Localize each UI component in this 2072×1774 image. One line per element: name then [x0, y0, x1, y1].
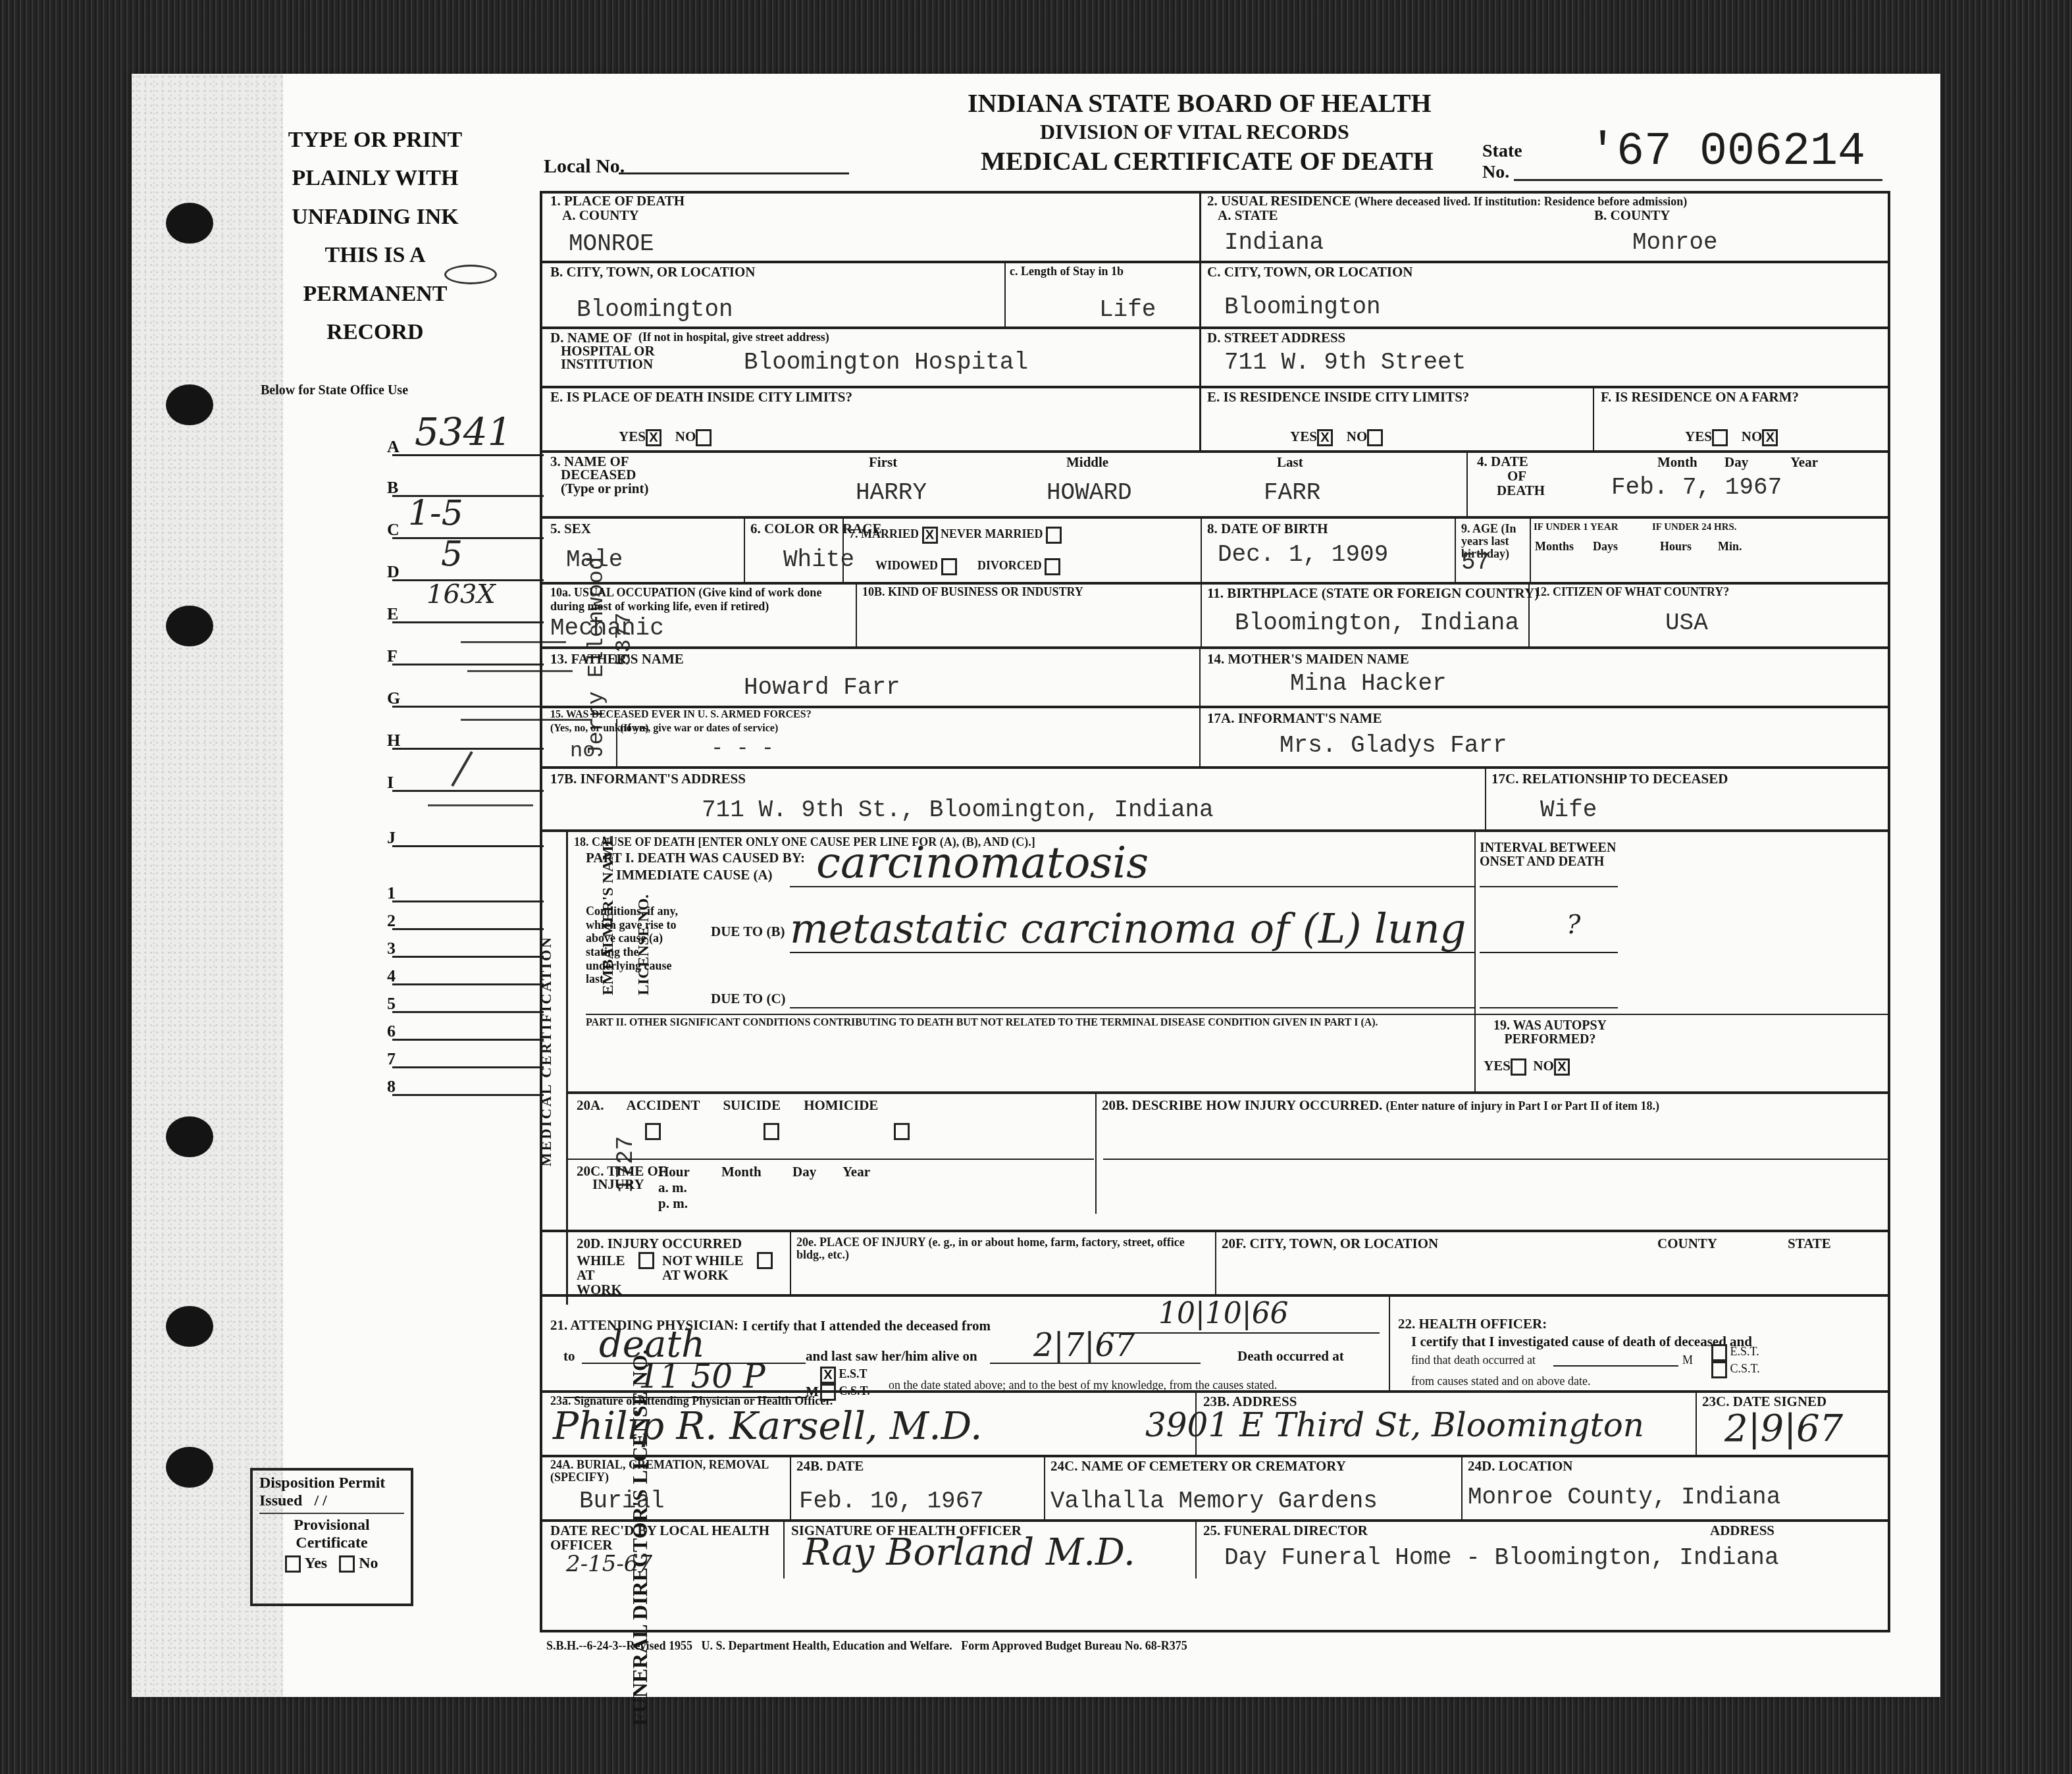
agency-title: INDIANA STATE BOARD OF HEALTH	[968, 90, 1432, 117]
residence-inside-city-options: YESX NO	[1290, 429, 1383, 446]
divorced-checkbox[interactable]	[1045, 558, 1060, 575]
code-line	[392, 845, 544, 847]
not-while-at-work-checkbox[interactable]	[757, 1252, 773, 1269]
cemetery-location[interactable]: Monroe County, Indiana	[1468, 1484, 1780, 1511]
health-officer-label: 22. HEALTH OFFICER:	[1398, 1317, 1547, 1331]
first-name[interactable]: HARRY	[856, 479, 927, 506]
residence-inside-city-label: e. IS RESIDENCE INSIDE CITY LIMITS?	[1207, 390, 1469, 404]
certificate-label: Certificate	[259, 1534, 404, 1552]
describe-note: (Enter nature of injury in Part I or Par…	[1386, 1099, 1659, 1112]
dod-label-3: DEATH	[1497, 483, 1545, 498]
describe-label: 20b. DESCRIBE HOW INJURY OCCURRED.	[1102, 1097, 1382, 1113]
death-city[interactable]: Bloomington	[577, 296, 733, 323]
ho-m-label: M	[1682, 1353, 1693, 1367]
ho-cst-label: C.S.T.	[1730, 1362, 1760, 1375]
divider	[790, 1231, 791, 1294]
divider	[1480, 952, 1618, 953]
industry-label: 10b. KIND OF BUSINESS OR INDUSTRY	[862, 586, 1083, 598]
residence-state[interactable]: Indiana	[1224, 229, 1324, 256]
ho-est-checkbox[interactable]	[1711, 1344, 1727, 1361]
provisional-label: Provisional	[259, 1517, 404, 1534]
first-label: First	[869, 454, 897, 471]
divider	[1215, 1231, 1216, 1294]
form-footer: S.B.H.--6-24-3--Revised 1955 U. S. Depar…	[546, 1639, 1187, 1653]
dod-label: 4. DATE	[1477, 454, 1528, 469]
state-no-label: State	[1482, 141, 1522, 162]
cause-a[interactable]: carcinomatosis	[816, 837, 1149, 888]
cause-c-line	[790, 1007, 1474, 1008]
ho-cst-checkbox[interactable]	[1711, 1361, 1727, 1378]
union-label-icon	[444, 265, 497, 284]
physician-certify-text: I certify that I attended the deceased f…	[742, 1318, 991, 1334]
length-of-stay[interactable]: Life	[1099, 296, 1156, 323]
disposition-issued-row: Issued / /	[259, 1492, 404, 1510]
code-value-slash	[451, 751, 473, 787]
physician-signature[interactable]: Philip R. Karsell, M.D.	[553, 1403, 983, 1448]
divider	[541, 386, 1889, 388]
pm-label: p. m.	[658, 1195, 688, 1212]
divider	[1103, 1159, 1889, 1160]
instruction-line: UNFADING INK	[263, 198, 487, 236]
funeral-director-label: 25. FUNERAL DIRECTOR	[1203, 1523, 1368, 1538]
divider	[1389, 1295, 1390, 1390]
divider	[541, 582, 1889, 585]
accident-checkbox-wrap	[645, 1123, 661, 1140]
widowed-checkbox[interactable]	[941, 558, 957, 575]
hours-label: Hours	[1660, 540, 1692, 554]
interval-label: INTERVAL BETWEEN ONSET AND DEATH	[1480, 841, 1624, 869]
street-label: d. STREET ADDRESS	[1207, 330, 1345, 345]
state-no-line	[1514, 179, 1882, 181]
issued-value[interactable]: / /	[314, 1492, 326, 1509]
part1-label: PART I. DEATH WAS CAUSED BY:	[586, 850, 805, 865]
residence-state-label: a. STATE	[1218, 208, 1278, 222]
divider	[541, 1455, 1889, 1457]
attended-from[interactable]: 10|10|66	[1158, 1297, 1289, 1330]
injury-state-label: STATE	[1788, 1236, 1831, 1251]
divider	[567, 1091, 1889, 1094]
farm-options: YES NOX	[1685, 429, 1778, 446]
armed-forces-label: 15. WAS DECEASED EVER IN U. S. ARMED FOR…	[550, 710, 812, 721]
under-1yr-label: IF UNDER 1 YEAR	[1534, 523, 1618, 533]
residence-city-label: c. CITY, TOWN, OR LOCATION	[1207, 265, 1413, 279]
medical-certification-label: MEDICAL CERTIFICATION	[538, 935, 554, 1166]
hospital-label-3: INSTITUTION	[561, 357, 653, 371]
part2-label: PART II. OTHER SIGNIFICANT CONDITIONS CO…	[586, 1018, 1378, 1029]
hospital-name[interactable]: Bloomington Hospital	[744, 349, 1028, 376]
autopsy-no-checkbox[interactable]: X	[1554, 1058, 1570, 1076]
father-name[interactable]: Howard Farr	[744, 674, 900, 701]
health-officer-line3: from causes stated and on above date.	[1411, 1374, 1590, 1388]
divider	[790, 1456, 791, 1519]
punch-hole	[166, 1116, 213, 1157]
funeral-address-label: ADDRESS	[1710, 1523, 1774, 1538]
months-label: Months	[1535, 540, 1574, 554]
code-line	[392, 664, 544, 665]
injury-city-label: 20f. CITY, TOWN, OR LOCATION	[1222, 1236, 1438, 1251]
relationship-label: 17c. RELATIONSHIP TO DECEASED	[1491, 771, 1728, 786]
birthplace-label: 11. BIRTHPLACE (State or foreign country…	[1207, 586, 1539, 600]
autopsy-label: 19. WAS AUTOPSYPERFORMED?	[1481, 1019, 1619, 1047]
provisional-yes-checkbox[interactable]	[285, 1555, 301, 1573]
divider	[1195, 1521, 1197, 1578]
divider	[1461, 1456, 1463, 1519]
homicide-label: HOMICIDE	[804, 1097, 878, 1113]
code-line	[392, 537, 544, 539]
farm-no-checkbox[interactable]: X	[1762, 429, 1778, 446]
name-label-3: (Type or print)	[561, 481, 648, 497]
while-at-work-checkbox[interactable]	[638, 1252, 654, 1269]
married-checkbox[interactable]: X	[922, 527, 938, 544]
divider	[1696, 1392, 1697, 1455]
cemetery[interactable]: Valhalla Memory Gardens	[1050, 1488, 1378, 1515]
divider	[541, 1390, 1889, 1393]
hour-label: Hour	[658, 1164, 690, 1180]
death-occurred-text: Death occurred at	[1237, 1348, 1344, 1365]
while-at-work-label: WHILE AT WORK	[577, 1253, 642, 1297]
stay-label: c. Length of Stay in 1b	[1010, 265, 1124, 278]
time-injury-label-2: INJURY	[592, 1177, 644, 1191]
code-line	[392, 790, 544, 792]
inside-city-no-checkbox[interactable]	[696, 429, 712, 446]
code-line	[392, 454, 544, 456]
residence-inside-no-checkbox[interactable]	[1367, 429, 1383, 446]
date-signed[interactable]: 2|9|67	[1724, 1407, 1843, 1450]
no-label: NO	[1742, 429, 1763, 444]
physician-address[interactable]: 3901 E Third St, Bloomington	[1145, 1406, 1644, 1444]
divider	[1201, 517, 1202, 646]
armed-dates[interactable]: - - -	[711, 736, 774, 760]
homicide-checkbox-wrap	[894, 1123, 910, 1140]
disposition-permit-box: Disposition Permit Issued / / Provisiona…	[250, 1468, 413, 1606]
injury-county-label: COUNTY	[1657, 1236, 1717, 1251]
sex-label: 5. SEX	[550, 521, 591, 536]
county-label: a. COUNTY	[562, 208, 639, 222]
hospital-note: (If not in hospital, give street address…	[638, 330, 829, 344]
divider	[586, 1014, 1889, 1015]
last-saw-date[interactable]: 2|7|67	[1033, 1327, 1135, 1364]
divider	[566, 831, 568, 1305]
local-no-label: Local No.	[544, 155, 625, 178]
middle-label: Middle	[1066, 454, 1108, 471]
accident-checkbox[interactable]	[645, 1123, 661, 1140]
divider	[1485, 768, 1486, 829]
divider	[1199, 648, 1201, 766]
yes-label: YES	[1484, 1058, 1511, 1074]
no-label: NO	[1347, 429, 1368, 444]
residence-note: (Where deceased lived. If institution: R…	[1355, 195, 1687, 208]
mother-label: 14. MOTHER'S MAIDEN NAME	[1207, 652, 1409, 666]
location-label: 24d. LOCATION	[1468, 1459, 1572, 1473]
informant-address[interactable]: 711 W. 9th St., Bloomington, Indiana	[702, 796, 1214, 823]
disposition-date-label: 24b. DATE	[796, 1459, 864, 1473]
autopsy-options: YES NOX	[1484, 1058, 1570, 1076]
tmonth-label: Month	[721, 1164, 762, 1180]
citizen-label: 12. CITIZEN OF WHAT COUNTRY?	[1535, 586, 1729, 598]
marital-row-1: 7. MARRIED X NEVER MARRIED	[849, 527, 1062, 544]
last-name[interactable]: FARR	[1264, 479, 1320, 506]
local-no-field[interactable]	[619, 172, 849, 174]
yes-label: Yes	[305, 1555, 328, 1572]
death-county[interactable]: MONROE	[569, 230, 654, 257]
residence-street[interactable]: 711 W. 9th Street	[1224, 349, 1466, 376]
tday-label: Day	[792, 1164, 816, 1180]
describe-label-row: 20b. DESCRIBE HOW INJURY OCCURRED. (Ente…	[1102, 1098, 1659, 1112]
informant-address-label: 17b. INFORMANT'S ADDRESS	[550, 771, 746, 786]
date-of-death[interactable]: Feb. 7, 1967	[1611, 474, 1782, 501]
code-line	[392, 706, 544, 708]
homicide-checkbox[interactable]	[894, 1123, 910, 1140]
issued-label: Issued	[259, 1492, 302, 1509]
ho-tz-options: E.S.T. C.S.T.	[1711, 1344, 1760, 1378]
instruction-line: TYPE OR PRINT	[263, 121, 487, 159]
divider	[1004, 262, 1006, 326]
residence-inside-yes-checkbox[interactable]: X	[1317, 429, 1333, 446]
occupation[interactable]: Mechanic	[550, 615, 664, 642]
code-line	[392, 748, 544, 750]
due-b-label: DUE TO (b)	[711, 924, 785, 939]
race[interactable]: White	[783, 546, 854, 573]
ho-time-line	[1553, 1365, 1678, 1367]
code-line	[392, 1039, 544, 1041]
married-label: 7. MARRIED	[849, 527, 919, 540]
place-of-death-label: 1. PLACE OF DEATH	[550, 194, 685, 208]
farm-yes-checkbox[interactable]	[1712, 429, 1728, 446]
interval-b[interactable]: ?	[1567, 910, 1580, 940]
code-line	[392, 1094, 544, 1096]
date-signed-label: 23c. DATE SIGNED	[1702, 1394, 1826, 1409]
days-label: Days	[1593, 540, 1618, 554]
age[interactable]: 57	[1461, 549, 1489, 576]
armed-forces[interactable]: no	[570, 739, 595, 763]
residence-city[interactable]: Bloomington	[1224, 294, 1381, 321]
no-label: NO	[1533, 1058, 1554, 1074]
cemetery-label: 24c. NAME OF CEMETERY OR CREMATORY	[1050, 1459, 1346, 1473]
injury-type-labels: 20a. ACCIDENT SUICIDE HOMICIDE	[577, 1098, 878, 1112]
divider	[567, 1159, 1094, 1160]
name-label-2: DECEASED	[561, 467, 636, 482]
divider	[541, 646, 1889, 649]
no-label: No	[359, 1555, 378, 1572]
code-line	[392, 956, 544, 958]
code-line	[392, 983, 544, 985]
code-line	[392, 928, 544, 930]
punch-hole	[166, 1447, 213, 1488]
never-married-label: NEVER MARRIED	[941, 527, 1043, 540]
ho-est-label: E.S.T.	[1730, 1345, 1759, 1358]
suicide-label: SUICIDE	[723, 1097, 781, 1113]
armed-sub2: (If yes, give war or dates of service)	[620, 723, 778, 735]
received-label: DATE REC'D BY LOCAL HEALTH OFFICER	[550, 1523, 781, 1552]
place-injury-label: 20e. PLACE OF INJURY (e. g., in or about…	[796, 1236, 1211, 1261]
code-line	[392, 1066, 544, 1068]
instruction-line: RECORD	[263, 313, 487, 352]
father-label: 13. FATHER'S NAME	[550, 652, 684, 666]
divider	[541, 261, 1889, 263]
conditions-note: Conditions, if any, which gave rise to a…	[586, 904, 685, 986]
code-value[interactable]: 163X	[427, 579, 496, 610]
injury-occurred-label: 20d. INJURY OCCURRED	[577, 1236, 742, 1251]
city-label: b. CITY, TOWN, OR LOCATION	[550, 265, 755, 279]
residence-title: 2. USUAL RESIDENCE	[1207, 193, 1351, 209]
death-certificate: TYPE OR PRINT PLAINLY WITH UNFADING INK …	[132, 74, 1940, 1697]
to-label: to	[563, 1348, 575, 1365]
state-number: '67 006214	[1589, 126, 1865, 178]
middle-name[interactable]: HOWARD	[1047, 479, 1132, 506]
farm-label: f. IS RESIDENCE ON A FARM?	[1601, 390, 1799, 404]
not-while-at-work-label: NOT WHILE AT WORK	[662, 1253, 748, 1282]
am-label: a. m.	[658, 1180, 687, 1196]
punch-strip	[132, 74, 283, 1697]
informant-name[interactable]: Mrs. Gladys Farr	[1280, 732, 1507, 759]
divider	[1455, 517, 1456, 582]
code-line	[392, 900, 544, 902]
divider	[856, 583, 857, 646]
divider	[1044, 1456, 1045, 1519]
divider	[541, 1519, 1889, 1522]
health-officer-line2: find that death occurred at	[1411, 1353, 1536, 1367]
date-of-birth[interactable]: Dec. 1, 1909	[1218, 541, 1388, 568]
health-officer-line1: I certify that I investigated cause of d…	[1411, 1334, 1752, 1350]
code-line	[392, 1011, 544, 1013]
divider	[1530, 517, 1531, 582]
disposition-method-label: 24a. BURIAL, CREMATION, REMOVAL (Specify…	[550, 1459, 787, 1484]
divider	[541, 450, 1889, 453]
last-saw-text: and last saw her/him alive on	[806, 1348, 977, 1365]
code-value[interactable]: 5341	[415, 409, 512, 454]
punch-hole	[166, 203, 213, 244]
punch-hole	[166, 1306, 213, 1347]
informant-label: 17a. INFORMANT'S NAME	[1207, 711, 1382, 725]
autopsy-label-2: PERFORMED?	[1481, 1033, 1619, 1047]
divider	[541, 829, 1889, 832]
year-label: Year	[1790, 454, 1818, 471]
yes-label: YES	[619, 429, 646, 444]
state-office-label: Below for State Office Use	[261, 383, 408, 398]
est-checkbox[interactable]: X	[820, 1367, 836, 1384]
provisional-options: Yes No	[259, 1555, 404, 1573]
divider	[783, 1521, 785, 1578]
suicide-checkbox-wrap	[764, 1123, 779, 1140]
punch-hole	[166, 384, 213, 425]
autopsy-yes-checkbox[interactable]	[1511, 1058, 1526, 1076]
occupation-label: 10a. USUAL OCCUPATION (Give kind of work…	[550, 586, 853, 613]
residence-label: 2. USUAL RESIDENCE (Where deceased lived…	[1207, 194, 1687, 208]
divider	[1466, 452, 1468, 516]
dod-label-2: OF	[1507, 469, 1526, 483]
yes-label: YES	[1685, 429, 1712, 444]
divorced-label: DIVORCED	[977, 559, 1042, 572]
inside-city-label: e. IS PLACE OF DEATH INSIDE CITY LIMITS?	[550, 390, 852, 404]
divider	[1095, 1093, 1097, 1214]
divider	[1480, 886, 1618, 887]
yes-label: YES	[1290, 429, 1317, 444]
residence-county-label: b. COUNTY	[1594, 208, 1671, 222]
officer-signature[interactable]: Ray Borland M.D.	[803, 1531, 1135, 1574]
divider	[541, 706, 1889, 708]
dob-label: 8. DATE OF BIRTH	[1207, 521, 1328, 536]
due-c-label: DUE TO (c)	[711, 991, 786, 1006]
accident-label: 20a. ACCIDENT	[577, 1097, 700, 1113]
mother-maiden-name[interactable]: Mina Hacker	[1290, 670, 1447, 697]
divider	[541, 766, 1889, 769]
relationship[interactable]: Wife	[1540, 796, 1597, 823]
min-label: Min.	[1718, 540, 1742, 554]
punch-hole	[166, 606, 213, 646]
inside-city-yes-checkbox[interactable]: X	[646, 429, 661, 446]
est-label: E.S.T	[839, 1367, 868, 1380]
no-label: NO	[675, 429, 696, 444]
code-line	[392, 621, 544, 623]
received-date[interactable]: 2-15-67	[566, 1551, 652, 1577]
divider	[1593, 387, 1594, 450]
last-label: Last	[1277, 454, 1303, 471]
immediate-cause-label: IMMEDIATE CAUSE (a)	[616, 868, 773, 882]
never-married-checkbox[interactable]	[1046, 527, 1062, 544]
month-label: Month	[1657, 454, 1697, 471]
suicide-checkbox[interactable]	[764, 1123, 779, 1140]
funeral-director[interactable]: Day Funeral Home - Bloomington, Indiana	[1224, 1544, 1779, 1571]
autopsy-label-1: 19. WAS AUTOPSY	[1481, 1019, 1619, 1033]
divider	[744, 517, 745, 582]
code-value[interactable]: 1-5	[408, 494, 463, 533]
not-while-wrap	[757, 1252, 773, 1269]
day-label: Day	[1724, 454, 1748, 471]
from-line	[1103, 1332, 1380, 1334]
state-no-label-2: No.	[1482, 162, 1509, 183]
inside-city-options: YESX NO	[619, 429, 712, 446]
birthplace[interactable]: Bloomington, Indiana	[1235, 610, 1519, 637]
tyear-label: Year	[842, 1164, 870, 1180]
disposition-date[interactable]: Feb. 10, 1967	[799, 1488, 984, 1515]
code-value[interactable]: 5	[441, 535, 463, 574]
citizen[interactable]: USA	[1665, 610, 1708, 637]
divider	[1199, 192, 1201, 450]
instruction-line: PLAINLY WITH	[263, 159, 487, 197]
disposition-method[interactable]: Burial	[579, 1488, 665, 1515]
residence-county[interactable]: Monroe	[1632, 229, 1718, 256]
provisional-no-checkbox[interactable]	[339, 1555, 355, 1573]
while-work-wrap	[638, 1252, 654, 1269]
sex[interactable]: Male	[566, 546, 623, 573]
widowed-label: WIDOWED	[875, 559, 938, 572]
divider	[541, 326, 1889, 329]
certificate-title: MEDICAL CERTIFICATE OF DEATH	[981, 147, 1434, 175]
instructions-block: TYPE OR PRINT PLAINLY WITH UNFADING INK …	[263, 121, 487, 352]
code-value-dash	[428, 804, 533, 806]
division-title: DIVISION OF VITAL RECORDS	[1040, 121, 1349, 143]
cause-b[interactable]: metastatic carcinoma of (L) lung	[790, 904, 1466, 952]
divider	[1474, 831, 1476, 1094]
marital-row-2: WIDOWED DIVORCED	[875, 558, 1060, 575]
under-24h-label: IF UNDER 24 HRS.	[1652, 523, 1737, 533]
divider	[1480, 1007, 1618, 1008]
disposition-permit-title: Disposition Permit	[259, 1474, 404, 1492]
